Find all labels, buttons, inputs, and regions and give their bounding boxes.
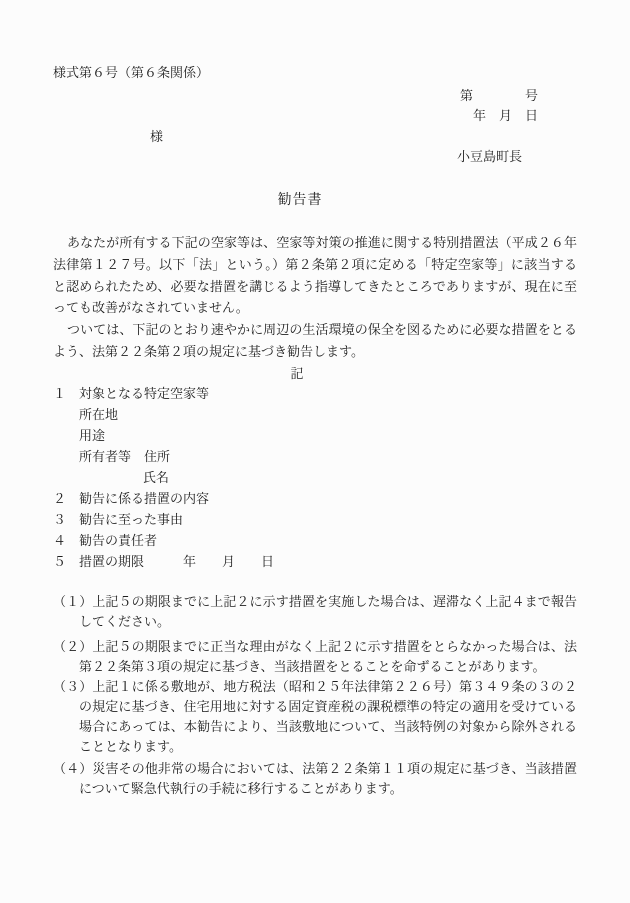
list-item-3: ３ 勧告に至った事由 (53, 509, 577, 530)
list-item-3-label: 勧告に至った事由 (79, 509, 183, 530)
note-3: （３）上記１に係る敷地が、地方税法（昭和２５年法律第２２６号）第３４９条の３の２… (53, 677, 577, 757)
document-title: 勧告書 (53, 191, 547, 211)
date-line: 年 月 日 (53, 106, 577, 126)
note-2-label: （２） (53, 639, 92, 654)
body-paragraph-2: ついては、下記のとおり速やかに周辺の生活環境の保全を図るために必要な措置をとるよ… (53, 319, 577, 363)
note-1-text: 上記５の期限までに上記２に示す措置を実施した場合は、遅滞なく上記４まで報告してく… (79, 594, 577, 629)
ki-marker: 記 (53, 363, 541, 385)
list-item-1-location: 所在地 (53, 404, 577, 425)
list-item-1-owner-address: 所有者等 住所 (53, 446, 577, 467)
note-3-text: 上記１に係る敷地が、地方税法（昭和２５年法律第２２６号）第３４９条の３の２の規定… (79, 679, 577, 754)
list-item-1-owner-name: 氏名 (53, 467, 577, 488)
list-item-1: １ 対象となる特定空家等 (53, 383, 577, 404)
list-item-4-label: 勧告の責任者 (79, 530, 157, 551)
list-item-2-label: 勧告に係る措置の内容 (79, 488, 209, 509)
item-list: １ 対象となる特定空家等 所在地 用途 所有者等 住所 氏名 ２ 勧告に係る措置… (53, 383, 577, 572)
note-4-text: 災害その他非常の場合においては、法第２２条第１１項の規定に基づき、当該措置につい… (79, 761, 577, 796)
list-item-5-label: 措置の期限 年 月 日 (79, 551, 274, 572)
note-2-text: 上記５の期限までに正当な理由がなく上記２に示す措置をとらなかった場合は、法第２２… (79, 639, 577, 674)
addressee-honorific: 様 (53, 127, 577, 147)
notes-section: （１）上記５の期限までに上記２に示す措置を実施した場合は、遅滞なく上記４まで報告… (53, 592, 577, 799)
list-item-5-number: ５ (53, 551, 79, 572)
list-item-2: ２ 勧告に係る措置の内容 (53, 488, 577, 509)
note-4-label: （４） (53, 761, 92, 776)
document-content: 様式第６号（第６条関係） 第 号 年 月 日 様 小豆島町長 勧告書 あなたが所… (53, 0, 577, 799)
list-item-1-label: 対象となる特定空家等 (79, 383, 209, 404)
document-number: 第 号 (53, 86, 577, 106)
list-item-1-usage: 用途 (53, 425, 577, 446)
sender-name: 小豆島町長 (53, 147, 577, 167)
form-number: 様式第６号（第６条関係） (53, 63, 577, 83)
note-1: （１）上記５の期限までに上記２に示す措置を実施した場合は、遅滞なく上記４まで報告… (53, 592, 577, 632)
note-1-label: （１） (53, 594, 92, 609)
note-3-label: （３） (53, 679, 92, 694)
document-page: 様式第６号（第６条関係） 第 号 年 月 日 様 小豆島町長 勧告書 あなたが所… (0, 0, 630, 903)
list-item-3-number: ３ (53, 509, 79, 530)
list-item-4: ４ 勧告の責任者 (53, 530, 577, 551)
list-item-5: ５ 措置の期限 年 月 日 (53, 551, 577, 572)
note-4: （４）災害その他非常の場合においては、法第２２条第１１項の規定に基づき、当該措置… (53, 759, 577, 799)
list-item-2-number: ２ (53, 488, 79, 509)
note-2: （２）上記５の期限までに正当な理由がなく上記２に示す措置をとらなかった場合は、法… (53, 637, 577, 677)
list-item-4-number: ４ (53, 530, 79, 551)
body-paragraph-1: あなたが所有する下記の空家等は、空家等対策の推進に関する特別措置法（平成２６年法… (53, 232, 577, 319)
list-item-1-number: １ (53, 383, 79, 404)
